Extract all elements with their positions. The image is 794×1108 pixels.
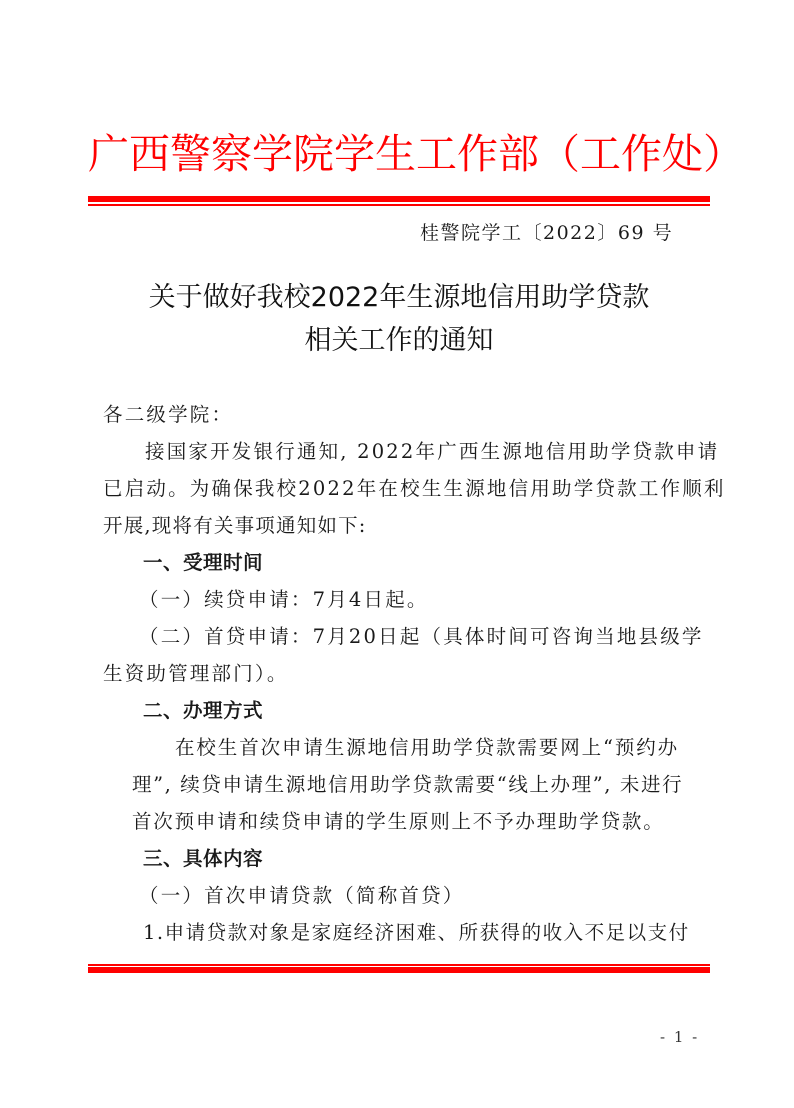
footer-rule-thin: [88, 964, 710, 966]
page-number: - 1 -: [660, 1028, 699, 1046]
document-number: 桂警院学工〔2022〕69 号: [420, 220, 680, 246]
document-title: 关于做好我校2022年生源地信用助学贷款 相关工作的通知: [88, 276, 710, 362]
masthead-title: 广西警察学院学生工作部（工作处）: [88, 126, 710, 182]
section1-item-2: （二）首贷申请：7月20日起（具体时间可咨询当地县级学: [103, 618, 691, 655]
section3-item-1: 1.申请贷款对象是家庭经济困难、所获得的收入不足以支付: [103, 914, 691, 951]
title-line-1: 关于做好我校2022年生源地信用助学贷款: [88, 276, 710, 319]
intro-line-1: 接国家开发银行通知, 2022年广西生源地信用助学贷款申请: [103, 433, 691, 470]
masthead-rule-thin: [88, 204, 710, 206]
section2-line-2: 理”, 续贷申请生源地信用助学贷款需要“线上办理”, 未进行: [103, 766, 691, 803]
intro-line-3: 开展,现将有关事项通知如下:: [103, 507, 691, 544]
section3-sub-1: （一）首次申请贷款（简称首贷）: [103, 877, 691, 914]
section2-line-1: 在校生首次申请生源地信用助学贷款需要网上“预约办: [103, 729, 691, 766]
section-heading-3: 三、具体内容: [103, 840, 691, 877]
document-body: 各二级学院： 接国家开发银行通知, 2022年广西生源地信用助学贷款申请 已启动…: [103, 396, 691, 951]
section-heading-1: 一、受理时间: [103, 544, 691, 581]
document-page: 广西警察学院学生工作部（工作处） 桂警院学工〔2022〕69 号 关于做好我校2…: [0, 0, 794, 1108]
section1-item-1: （一）续贷申请：7月4日起。: [103, 581, 691, 618]
masthead-rule-thick: [88, 196, 710, 202]
section2-line-3: 首次预申请和续贷申请的学生原则上不予办理助学贷款。: [103, 803, 691, 840]
footer-rule-thick: [88, 967, 710, 973]
section1-item-2-cont: 生资助管理部门）。: [103, 655, 691, 692]
section-heading-2: 二、办理方式: [103, 692, 691, 729]
intro-line-2: 已启动。为确保我校2022年在校生生源地信用助学贷款工作顺利: [103, 470, 691, 507]
salutation: 各二级学院：: [103, 396, 691, 433]
title-line-2: 相关工作的通知: [88, 319, 710, 362]
